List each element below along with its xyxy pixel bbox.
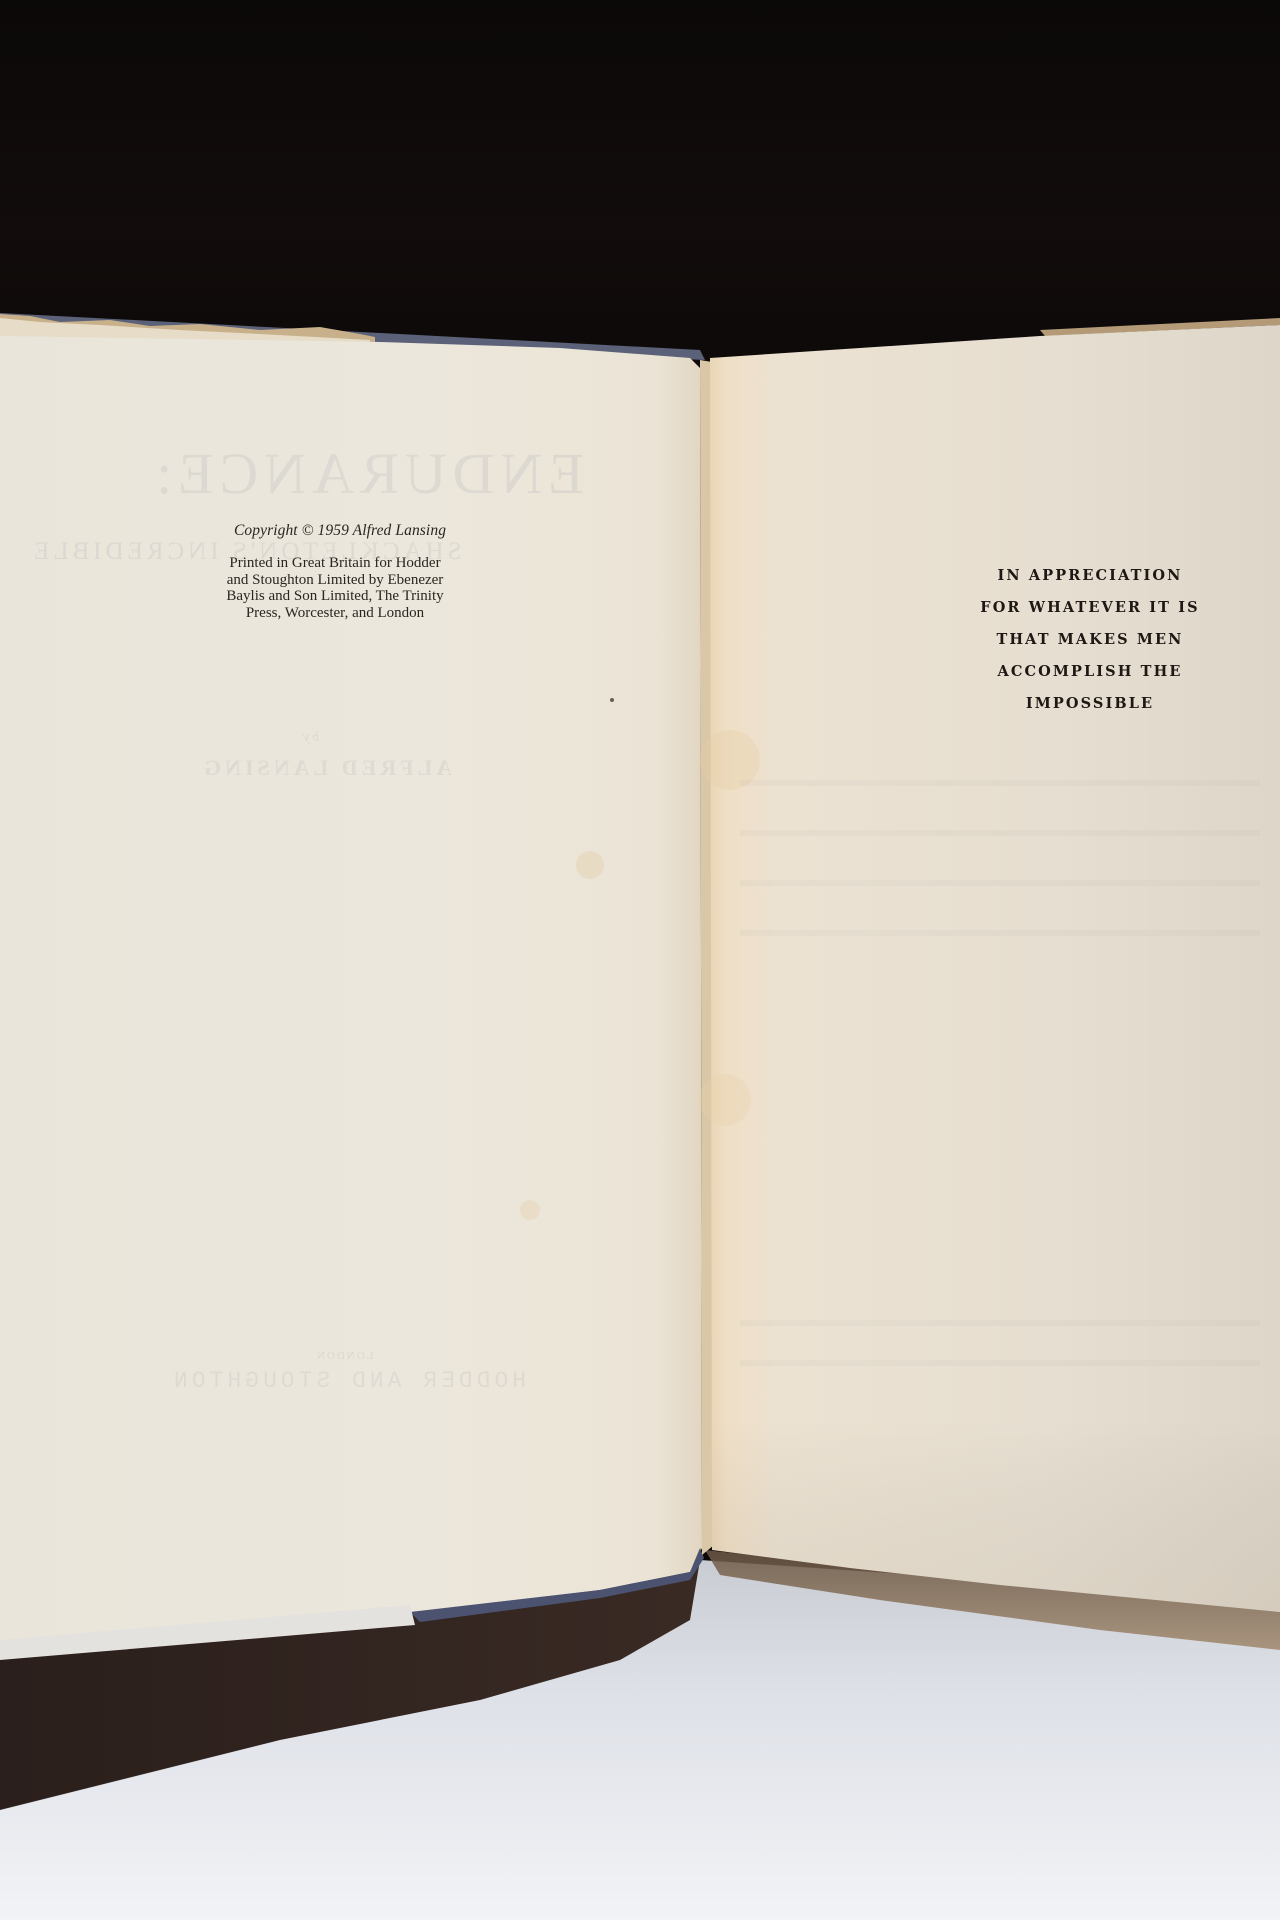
photo-scene: ENDURANCE: SHACKLETON'S INCREDIBLE by AL… [0, 0, 1280, 1920]
book-and-table [0, 0, 1280, 1920]
